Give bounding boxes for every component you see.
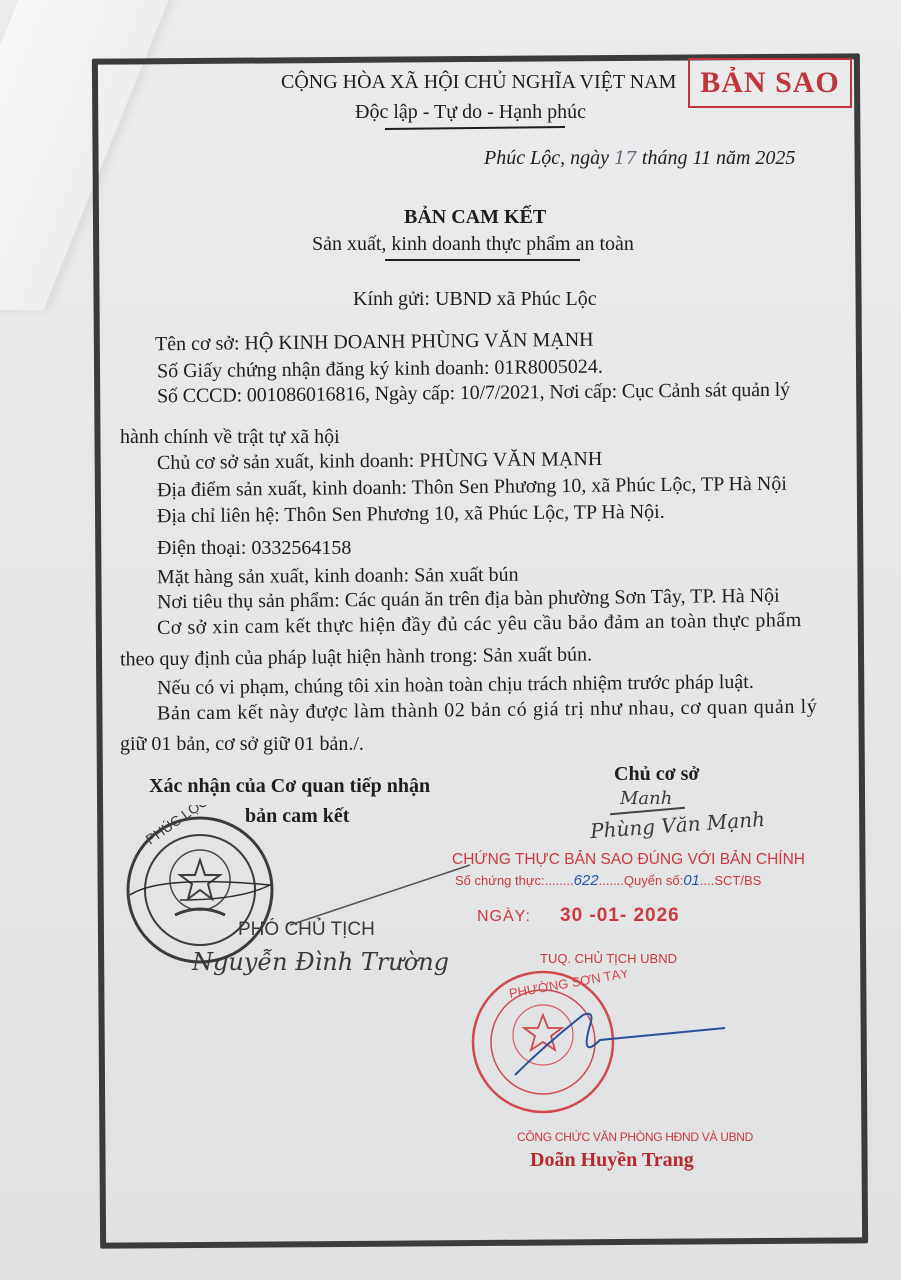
certification-date-label: NGÀY: xyxy=(477,909,531,925)
vice-chairman-name: Nguyễn Đình Trường xyxy=(192,950,449,974)
document-title: BẢN CAM KẾT xyxy=(404,207,546,227)
recipient: Kính gửi: UBND xã Phúc Lộc xyxy=(353,289,597,309)
date-day: 17 xyxy=(614,148,637,169)
signature-line-left xyxy=(280,860,480,930)
owner-signature: Manh xyxy=(620,790,672,808)
country-name: CỘNG HÒA XÃ HỘI CHỦ NGHĨA VIỆT NAM xyxy=(281,72,676,92)
certification-number-row: Số chứng thực:........622.......Quyển số… xyxy=(455,873,761,888)
receiver-heading: Xác nhận của Cơ quan tiếp nhận xyxy=(149,776,430,796)
body-line-license: Số Giấy chứng nhận đăng ký kinh doanh: 0… xyxy=(157,357,603,382)
certification-number: 622 xyxy=(574,872,599,889)
body-line-address: Địa chỉ liên hệ: Thôn Sen Phương 10, xã … xyxy=(157,502,665,526)
subtitle-underline xyxy=(385,259,580,261)
body-line-phone: Điện thoại: 0332564158 xyxy=(157,538,351,558)
date-suffix: tháng 11 năm 2025 xyxy=(642,147,796,169)
officer-name: Doãn Huyền Trang xyxy=(530,1150,694,1170)
date-prefix: Phúc Lộc, ngày xyxy=(484,147,609,169)
body-line-product: Mặt hàng sản xuất, kinh doanh: Sản xuất … xyxy=(157,565,519,588)
national-motto: Độc lập - Tự do - Hạnh phúc xyxy=(355,102,586,122)
body-line-id-cont: hành chính về trật tự xã hội xyxy=(120,427,340,447)
document-date: Phúc Lộc, ngày 17 tháng 11 năm 2025 xyxy=(484,148,795,168)
body-line-business-name: Tên cơ sở: HỘ KINH DOANH PHÙNG VĂN MẠNH xyxy=(155,330,594,355)
certification-authority: TUQ. CHỦ TỊCH UBND xyxy=(540,952,677,965)
document-subtitle: Sản xuất, kinh doanh thực phẩm an toàn xyxy=(312,234,634,254)
commune-seal: PHÚC LỘC xyxy=(120,805,290,965)
certification-number-label: Số chứng thực: xyxy=(455,873,545,888)
document-photo: CỘNG HÒA XÃ HỘI CHỦ NGHĨA VIỆT NAM Độc l… xyxy=(0,0,901,1280)
body-line-copies-cont: giữ 01 bản, cơ sở giữ 01 bản./. xyxy=(120,734,364,754)
copy-stamp: BẢN SAO xyxy=(688,58,852,108)
body-line-commitment-cont: theo quy định của pháp luật hiện hành tr… xyxy=(120,645,592,670)
ward-seal: PHƯỜNG SƠN TÂY xyxy=(455,970,755,1130)
officer-title: CÔNG CHỨC VĂN PHÒNG HĐND VÀ UBND xyxy=(517,1131,753,1143)
certification-date: 30 -01- 2026 xyxy=(560,906,680,925)
owner-heading: Chủ cơ sở xyxy=(614,764,700,784)
body-line-owner: Chủ cơ sở sản xuất, kinh doanh: PHÙNG VĂ… xyxy=(157,449,602,473)
certification-heading: CHỨNG THỰC BẢN SAO ĐÚNG VỚI BẢN CHÍNH xyxy=(452,852,805,868)
book-number: 01 xyxy=(683,872,700,889)
book-suffix: SCT/BS xyxy=(714,873,761,888)
book-label: Quyển số: xyxy=(624,873,683,888)
